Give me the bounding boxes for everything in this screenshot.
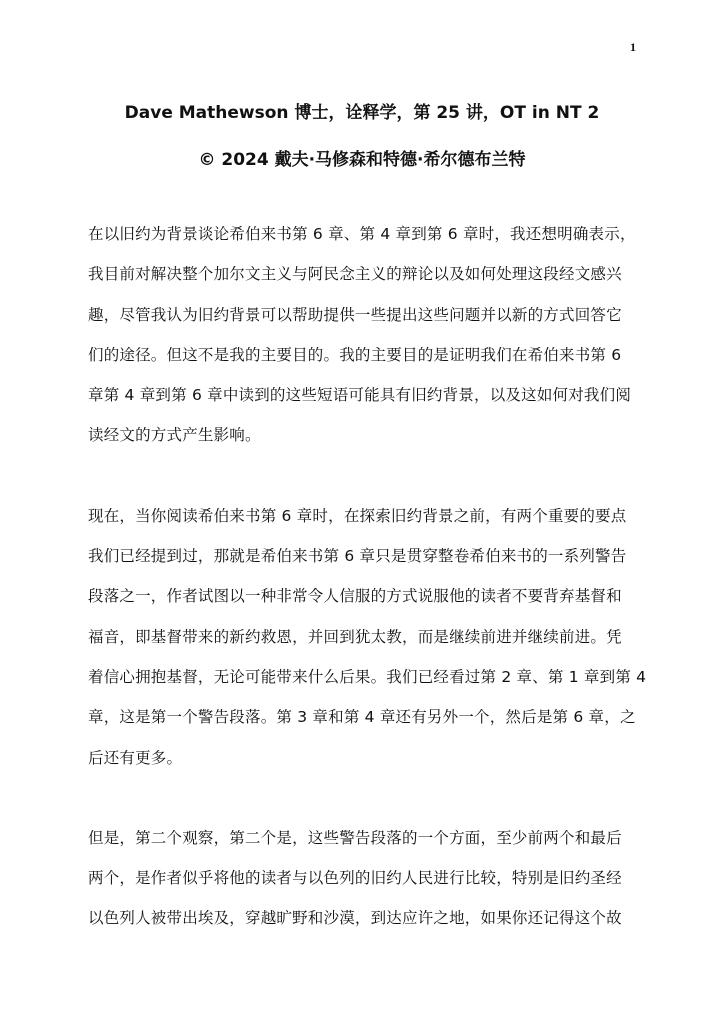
text-line: 们的途径。但这不是我的主要目的。我的主要目的是证明我们在希伯来书第 6: [88, 335, 648, 375]
text-line: 着信心拥抱基督，无论可能带来什么后果。我们已经看过第 2 章、第 1 章到第 4: [88, 657, 648, 697]
text-line: 在以旧约为背景谈论希伯来书第 6 章、第 4 章到第 6 章时，我还想明确表示，: [88, 214, 648, 254]
copyright-line: © 2024 戴夫·马修森和特德·希尔德布兰特: [0, 145, 724, 170]
text-line: 我们已经提到过，那就是希伯来书第 6 章只是贯穿整卷希伯来书的一系列警告: [88, 536, 648, 576]
text-line: 以色列人被带出埃及，穿越旷野和沙漠，到达应许之地，如果你还记得这个故: [88, 898, 648, 938]
document-body: 在以旧约为背景谈论希伯来书第 6 章、第 4 章到第 6 章时，我还想明确表示，…: [88, 214, 648, 979]
page-number: 1: [630, 40, 636, 55]
text-line: 但是，第二个观察，第二个是，这些警告段落的一个方面，至少前两个和最后: [88, 818, 648, 858]
text-line: 后还有更多。: [88, 738, 648, 778]
text-line: 趣，尽管我认为旧约背景可以帮助提供一些提出这些问题并以新的方式回答它: [88, 295, 648, 335]
text-line: 两个，是作者似乎将他的读者与以色列的旧约人民进行比较，特别是旧约圣经: [88, 858, 648, 898]
text-line: 福音，即基督带来的新约救恩，并回到犹太教，而是继续前进并继续前进。凭: [88, 617, 648, 657]
text-line: 现在，当你阅读希伯来书第 6 章时，在探索旧约背景之前，有两个重要的要点: [88, 496, 648, 536]
paragraph-3: 但是，第二个观察，第二个是，这些警告段落的一个方面，至少前两个和最后 两个，是作…: [88, 818, 648, 939]
text-line: 读经文的方式产生影响。: [88, 415, 648, 455]
document-title: Dave Mathewson 博士，诠释学，第 25 讲，OT in NT 2: [0, 98, 724, 123]
paragraph-1: 在以旧约为背景谈论希伯来书第 6 章、第 4 章到第 6 章时，我还想明确表示，…: [88, 214, 648, 456]
text-line: 章第 4 章到第 6 章中读到的这些短语可能具有旧约背景，以及这如何对我们阅: [88, 375, 648, 415]
text-line: 我目前对解决整个加尔文主义与阿民念主义的辩论以及如何处理这段经文感兴: [88, 254, 648, 294]
text-line: 段落之一，作者试图以一种非常令人信服的方式说服他的读者不要背弃基督和: [88, 576, 648, 616]
paragraph-2: 现在，当你阅读希伯来书第 6 章时，在探索旧约背景之前，有两个重要的要点 我们已…: [88, 496, 648, 778]
text-line: 章，这是第一个警告段落。第 3 章和第 4 章还有另外一个，然后是第 6 章，之: [88, 697, 648, 737]
